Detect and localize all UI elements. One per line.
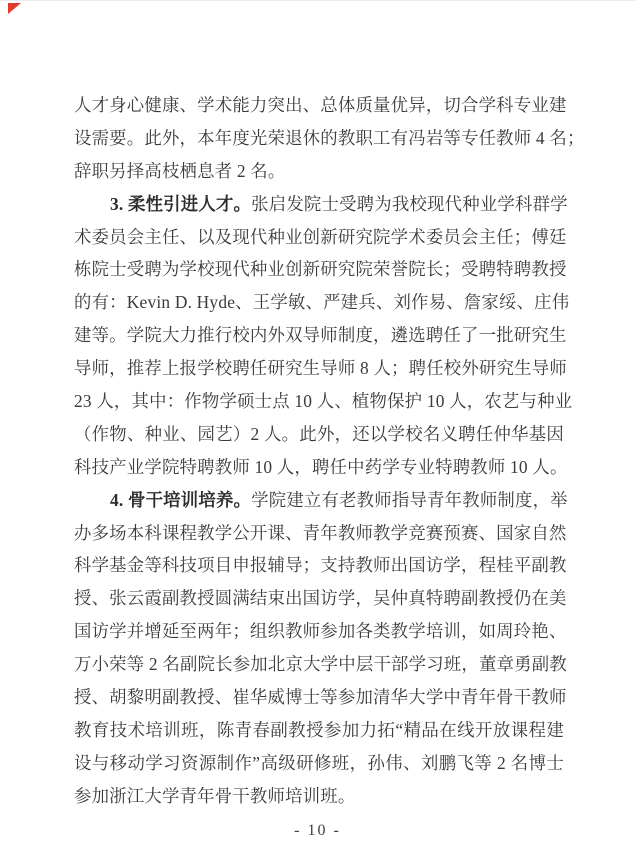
document-body: 人才身心健康、学术能力突出、总体质量优异，切合学科专业建设需要。此外，本年度光荣… — [74, 89, 564, 813]
text-run: （作物、种业、园艺）2 人。此外，还以学校名义聘任仲华基因 — [74, 424, 564, 444]
text-line: 授、张云霞副教授圆满结束出国访学，吴仲真特聘副教授仍在美 — [74, 582, 564, 615]
text-run: 参加浙江大学青年骨干教师培训班。 — [74, 786, 355, 806]
text-run: 科学基金等科技项目申报辅导；支持教师出国访学，程桂平副教 — [74, 555, 567, 575]
text-line: 设与移动学习资源制作”高级研修班，孙伟、刘鹏飞等 2 名博士 — [74, 747, 564, 780]
text-run: 学院建立有老教师指导青年教师制度，举 — [251, 490, 568, 510]
text-run: 23 人，其中：作物学硕士点 10 人、植物保护 10 人，农艺与种业 — [74, 391, 572, 411]
page-top-edge-line — [0, 0, 635, 1]
text-run: 张启发院士受聘为我校现代种业学科群学 — [251, 194, 568, 214]
text-line: 术委员会主任、以及现代种业创新研究院学术委员会主任；傅廷 — [74, 221, 564, 254]
text-line: 的有：Kevin D. Hyde、王学敏、严建兵、刘作易、詹家绥、庄伟 — [74, 286, 564, 319]
bold-heading-run: 4. 骨干培训培养。 — [110, 490, 251, 510]
document-page: 人才身心健康、学术能力突出、总体质量优异，切合学科专业建设需要。此外，本年度光荣… — [0, 0, 635, 861]
text-run: 科技产业学院特聘教师 10 人，聘任中药学专业特聘教师 10 人。 — [74, 457, 568, 477]
bold-heading-run: 3. 柔性引进人才。 — [110, 194, 251, 214]
text-line: 参加浙江大学青年骨干教师培训班。 — [74, 780, 564, 813]
text-line: 23 人，其中：作物学硕士点 10 人、植物保护 10 人，农艺与种业 — [74, 385, 564, 418]
page-footer: - 10 - — [0, 821, 635, 841]
text-run: 国访学并增延至两年；组织教师参加各类教学培训，如周玲艳、 — [74, 621, 567, 641]
text-line: 建等。学院大力推行校内外双导师制度，遴选聘任了一批研究生 — [74, 319, 564, 352]
text-run: 的有：Kevin D. Hyde、王学敏、严建兵、刘作易、詹家绥、庄伟 — [74, 292, 569, 312]
text-line: 人才身心健康、学术能力突出、总体质量优异，切合学科专业建 — [74, 89, 564, 122]
text-line: （作物、种业、园艺）2 人。此外，还以学校名义聘任仲华基因 — [74, 418, 564, 451]
text-run: 教育技术培训班，陈青春副教授参加力拓“精品在线开放课程建 — [74, 720, 564, 740]
text-line: 科技产业学院特聘教师 10 人，聘任中药学专业特聘教师 10 人。 — [74, 451, 564, 484]
text-line: 办多场本科课程教学公开课、青年教师教学竞赛预赛、国家自然 — [74, 517, 564, 550]
text-run: 设与移动学习资源制作”高级研修班，孙伟、刘鹏飞等 2 名博士 — [74, 753, 564, 773]
text-line: 4. 骨干培训培养。学院建立有老教师指导青年教师制度，举 — [74, 484, 564, 517]
text-line: 教育技术培训班，陈青春副教授参加力拓“精品在线开放课程建 — [74, 714, 564, 747]
text-line: 栋院士受聘为学校现代种业创新研究院荣誉院长；受聘特聘教授 — [74, 253, 564, 286]
text-line: 导师，推荐上报学校聘任研究生导师 8 人；聘任校外研究生导师 — [74, 352, 564, 385]
text-line: 设需要。此外，本年度光荣退休的教职工有冯岩等专任教师 4 名； — [74, 122, 564, 155]
text-line: 国访学并增延至两年；组织教师参加各类教学培训，如周玲艳、 — [74, 615, 564, 648]
text-line: 科学基金等科技项目申报辅导；支持教师出国访学，程桂平副教 — [74, 549, 564, 582]
text-run: 栋院士受聘为学校现代种业创新研究院荣誉院长；受聘特聘教授 — [74, 259, 567, 279]
text-run: 人才身心健康、学术能力突出、总体质量优异，切合学科专业建 — [74, 95, 567, 115]
red-corner-triangle-icon — [8, 3, 21, 14]
text-line: 3. 柔性引进人才。张启发院士受聘为我校现代种业学科群学 — [74, 188, 564, 221]
text-run: 术委员会主任、以及现代种业创新研究院学术委员会主任；傅廷 — [74, 227, 567, 247]
text-line: 辞职另择高枝栖息者 2 名。 — [74, 155, 564, 188]
text-line: 授、胡黎明副教授、崔华威博士等参加清华大学中青年骨干教师 — [74, 681, 564, 714]
text-run: 授、胡黎明副教授、崔华威博士等参加清华大学中青年骨干教师 — [74, 687, 567, 707]
text-run: 设需要。此外，本年度光荣退休的教职工有冯岩等专任教师 4 名； — [74, 128, 585, 148]
page-number: - 10 - — [294, 822, 341, 839]
text-run: 导师，推荐上报学校聘任研究生导师 8 人；聘任校外研究生导师 — [74, 358, 567, 378]
text-run: 万小荣等 2 名副院长参加北京大学中层干部学习班，董章勇副教 — [74, 654, 567, 674]
text-run: 办多场本科课程教学公开课、青年教师教学竞赛预赛、国家自然 — [74, 523, 567, 543]
text-run: 辞职另择高枝栖息者 2 名。 — [74, 161, 286, 181]
text-run: 授、张云霞副教授圆满结束出国访学，吴仲真特聘副教授仍在美 — [74, 588, 567, 608]
text-line: 万小荣等 2 名副院长参加北京大学中层干部学习班，董章勇副教 — [74, 648, 564, 681]
text-run: 建等。学院大力推行校内外双导师制度，遴选聘任了一批研究生 — [74, 325, 567, 345]
